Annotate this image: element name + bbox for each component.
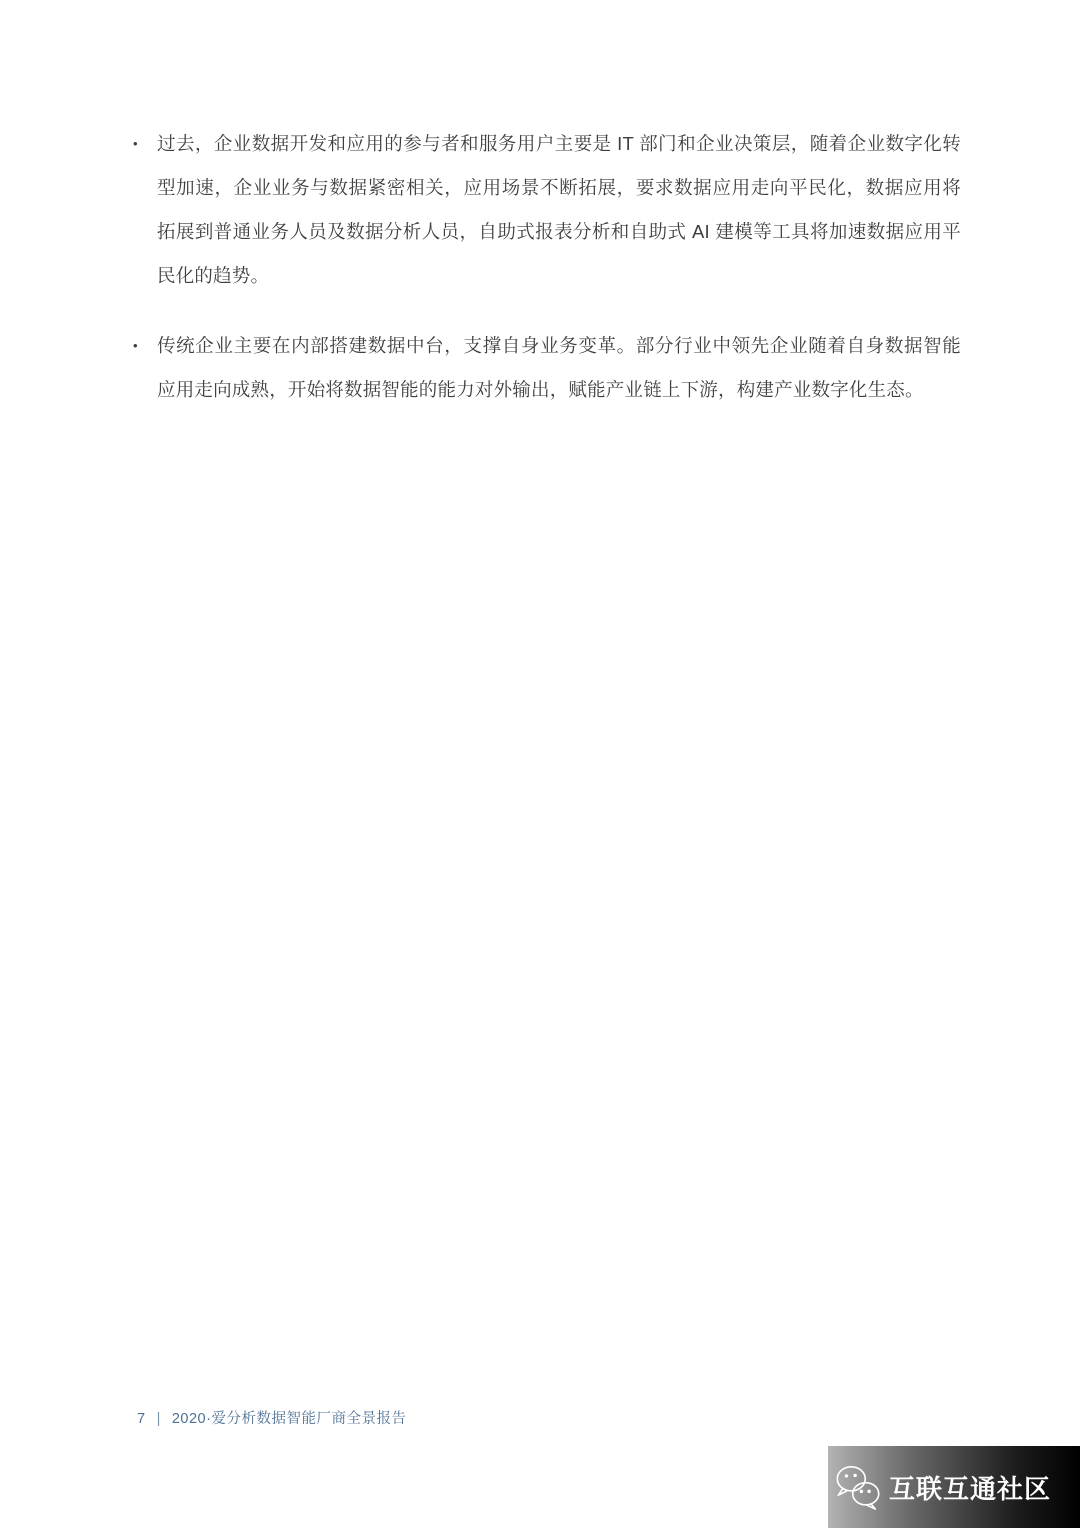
- bullet-text-1: 过去，企业数据开发和应用的参与者和服务用户主要是 IT 部门和企业决策层，随着企…: [157, 122, 961, 298]
- bullet-item: • 传统企业主要在内部搭建数据中台，支撑自身业务变革。部分行业中领先企业随着自身…: [133, 324, 961, 412]
- watermark-banner: 互联互通社区: [828, 1446, 1080, 1528]
- footer-separator: |: [157, 1411, 161, 1427]
- bullet-text-2: 传统企业主要在内部搭建数据中台，支撑自身业务变革。部分行业中领先企业随着自身数据…: [157, 324, 961, 412]
- bullet-list: • 过去，企业数据开发和应用的参与者和服务用户主要是 IT 部门和企业决策层，随…: [133, 122, 961, 412]
- wechat-icon: [832, 1461, 884, 1513]
- page-number: 7: [137, 1411, 146, 1427]
- bullet-marker: •: [133, 122, 157, 166]
- footer-report-title: 2020·爱分析数据智能厂商全景报告: [172, 1407, 407, 1428]
- watermark-text: 互联互通社区: [889, 1469, 1051, 1506]
- bullet-item: • 过去，企业数据开发和应用的参与者和服务用户主要是 IT 部门和企业决策层，随…: [133, 122, 961, 298]
- bullet-marker: •: [133, 324, 157, 368]
- page-footer: 7 | 2020·爱分析数据智能厂商全景报告: [137, 1407, 406, 1428]
